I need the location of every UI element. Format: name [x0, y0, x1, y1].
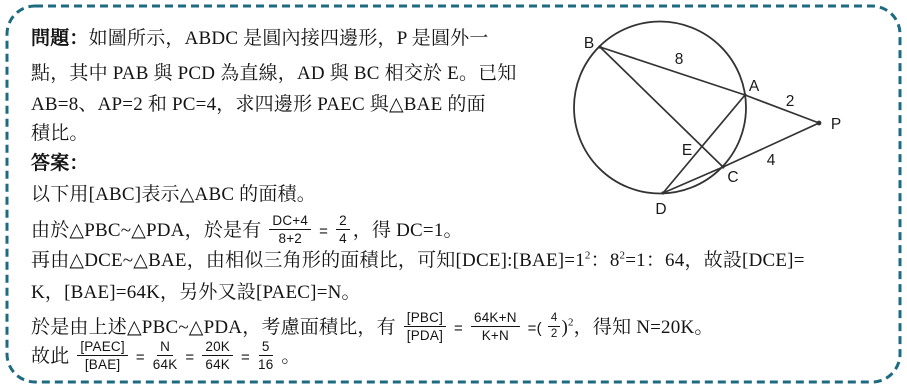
- text-line: 積比。: [31, 122, 89, 146]
- fraction: [PBC][PDA]: [404, 310, 446, 343]
- fraction-numerator: 20K: [202, 339, 233, 356]
- fraction-numerator: 5: [259, 339, 273, 356]
- fraction-numerator: N: [157, 339, 173, 356]
- fraction-denominator: 16: [258, 356, 273, 372]
- text-run: 由於△PBC~△PDA，於是有: [31, 220, 266, 241]
- text-run: K，[BAE]=64K，另外又設[PAEC]=N。: [31, 282, 361, 303]
- text-line: AB=8、AP=2 和 PC=4，求四邊形 PAEC 與△BAE 的面: [31, 93, 486, 117]
- fraction: 42: [548, 312, 561, 341]
- fraction: 64K+NK+N: [471, 310, 520, 343]
- equals-sign: =: [319, 223, 328, 240]
- text-line: 再由△DCE~△BAE，由相似三角形的面積比，可知[DCE]:[BAE]=12：…: [31, 249, 805, 273]
- text-line: 問題：如圖所示，ABDC 是圓內接四邊形，P 是圓外一: [31, 27, 489, 51]
- fraction-numerator: 4: [548, 312, 561, 327]
- text-line: 以下用[ABC]表示△ABC 的面積。: [31, 183, 316, 207]
- math-problem-page: { "theme": { "border_color": "#1d6b80", …: [0, 0, 907, 388]
- fraction-denominator: 64K: [205, 356, 230, 372]
- text-run: ，得 DC=1。: [353, 220, 463, 241]
- text-line: 點，其中 PAB 與 PCD 為直線，AD 與 BC 相交於 E。已知: [31, 62, 517, 86]
- text-line: 由於△PBC~△PDA，於是有 DC+48+2=24，得 DC=1。: [31, 215, 463, 248]
- fraction-numerator: DC+4: [269, 213, 311, 230]
- text-run: AB=8、AP=2 和 PC=4，求四邊形 PAEC 與△BAE 的面: [31, 94, 486, 115]
- fraction: DC+48+2: [269, 213, 311, 246]
- fraction-numerator: [PAEC]: [77, 339, 127, 356]
- text-run: =1：64，故設[DCE]=: [625, 250, 804, 271]
- text-run: 如圖所示，ABDC 是圓內接四邊形，P 是圓外一: [89, 28, 489, 49]
- fraction-denominator: 8+2: [278, 230, 302, 246]
- text-run: ：8: [591, 250, 620, 271]
- equals-sign: =: [241, 349, 250, 366]
- text-run: 於是由上述△PBC~△PDA，考慮面積比，有: [31, 317, 401, 338]
- fraction-denominator: 2: [551, 327, 558, 341]
- text-run: 再由△DCE~△BAE，由相似三角形的面積比，可知[DCE]:[BAE]=1: [31, 250, 585, 271]
- fraction: [PAEC][BAE]: [77, 339, 127, 372]
- equals-sign: =: [185, 349, 194, 366]
- problem-text-block: 問題：如圖所示，ABDC 是圓內接四邊形，P 是圓外一點，其中 PAB 與 PC…: [0, 0, 907, 388]
- fraction-denominator: [PDA]: [407, 327, 443, 343]
- fraction: 24: [336, 213, 350, 246]
- text-run: 故此: [31, 346, 74, 367]
- equals-sign: =: [454, 320, 463, 337]
- fraction-denominator: 64K: [153, 356, 178, 372]
- fraction: 516: [258, 339, 273, 372]
- fraction-denominator: 4: [339, 230, 347, 246]
- text-run: 。: [276, 346, 300, 367]
- text-line: 答案：: [31, 152, 89, 176]
- text-run: 以下用[ABC]表示△ABC 的面積。: [31, 184, 316, 205]
- equals-sign: =: [136, 349, 145, 366]
- text-run: 點，其中 PAB 與 PCD 為直線，AD 與 BC 相交於 E。已知: [31, 63, 517, 84]
- fraction-numerator: 64K+N: [471, 310, 520, 327]
- fraction-denominator: K+N: [482, 327, 509, 343]
- text-run: ，得知 N=20K。: [574, 317, 714, 338]
- text-line: 故此 [PAEC][BAE]=N64K=20K64K=516 。: [31, 341, 301, 374]
- fraction-denominator: [BAE]: [85, 356, 121, 372]
- fraction-numerator: 2: [336, 213, 350, 230]
- equals-sign: =(: [528, 320, 542, 337]
- bold-label: 問題：: [31, 28, 89, 49]
- text-run: 積比。: [31, 123, 89, 144]
- fraction: 20K64K: [202, 339, 233, 372]
- fraction: N64K: [153, 339, 178, 372]
- fraction-numerator: [PBC]: [404, 310, 446, 327]
- bold-label: 答案：: [31, 153, 89, 174]
- text-line: K，[BAE]=64K，另外又設[PAEC]=N。: [31, 281, 361, 305]
